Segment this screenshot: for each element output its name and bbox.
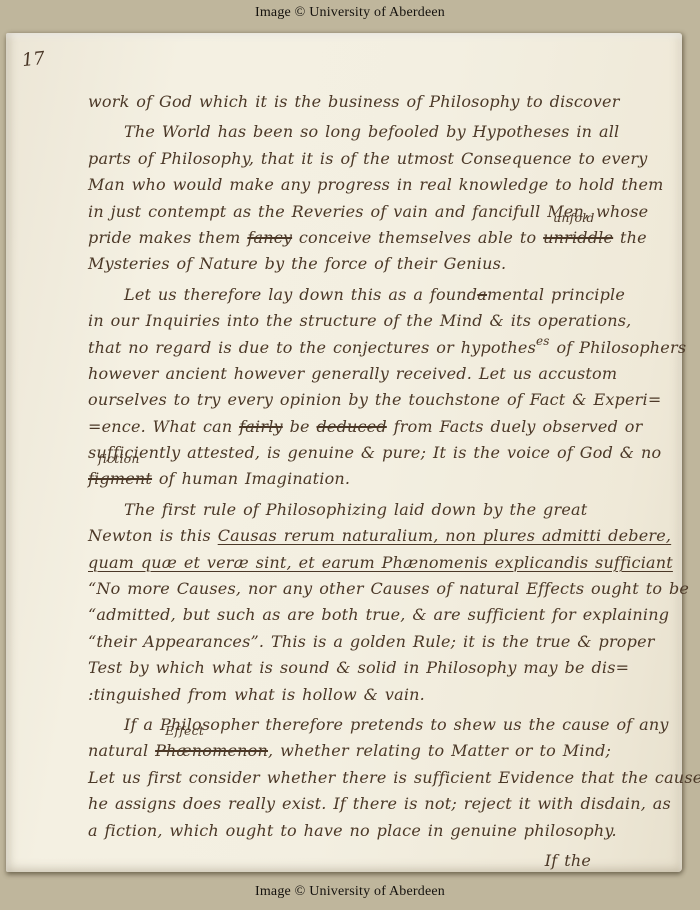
catchword: If the: [88, 848, 663, 874]
manuscript-line: Mysteries of Nature by the force of thei…: [88, 251, 663, 277]
text-segment: a fiction, which ought to have no place …: [88, 821, 617, 840]
text-segment: The World has been so long befooled by H…: [124, 122, 619, 141]
inserted-word: unfold: [553, 212, 594, 224]
manuscript-line: “their Appearances”. This is a golden Ru…: [88, 629, 663, 655]
text-segment: from Facts duely observed or: [387, 417, 643, 436]
text-segment: :tinguished from what is hollow & vain.: [88, 685, 425, 704]
page-number: 17: [21, 48, 46, 71]
corrected-word: EffectPhænomenon: [155, 738, 268, 764]
manuscript-text: work of God which it is the business of …: [88, 89, 663, 874]
manuscript-line: “No more Causes, nor any other Causes of…: [88, 576, 663, 602]
paragraph: If a Philosopher therefore pretends to s…: [88, 712, 663, 844]
text-segment: pride makes them: [88, 228, 247, 247]
text-segment: , whether relating to Matter or to Mind;: [268, 741, 611, 760]
paragraph: The World has been so long befooled by H…: [88, 119, 663, 277]
inserted-letters: es: [536, 334, 550, 348]
paragraph: The first rule of Philosophizing laid do…: [88, 497, 663, 708]
text-segment: of human Imagination.: [152, 469, 350, 488]
manuscript-line: ourselves to try every opinion by the to…: [88, 387, 663, 413]
text-segment: “their Appearances”. This is a golden Ru…: [88, 632, 655, 651]
struck-word: a: [477, 285, 487, 304]
copyright-caption-top: Image © University of Aberdeen: [0, 5, 700, 21]
text-segment: ourselves to try every opinion by the to…: [88, 390, 661, 409]
inserted-word: fiction: [98, 453, 140, 465]
manuscript-line: The first rule of Philosophizing laid do…: [88, 497, 663, 523]
underlined-latin: quam quæ et veræ sint, et earum Phænomen…: [88, 553, 673, 572]
copyright-caption-bottom: Image © University of Aberdeen: [0, 884, 700, 900]
text-segment: Let us therefore lay down this as a foun…: [124, 285, 477, 304]
manuscript-line: pride makes them fancy conceive themselv…: [88, 225, 663, 251]
text-segment: Newton is this: [88, 526, 218, 545]
text-segment: he assigns does really exist. If there i…: [88, 794, 671, 813]
manuscript-line: quam quæ et veræ sint, et earum Phænomen…: [88, 550, 663, 576]
text-segment: Man who would make any progress in real …: [88, 175, 664, 194]
manuscript-line: however ancient however generally receiv…: [88, 361, 663, 387]
manuscript-line: parts of Philosophy, that it is of the u…: [88, 146, 663, 172]
manuscript-line: =ence. What can fairly be deduced from F…: [88, 414, 663, 440]
text-segment: of Philosophers: [550, 338, 687, 357]
underlined-latin: Causas rerum naturalium, non plures admi…: [218, 526, 671, 545]
paragraph: work of God which it is the business of …: [88, 89, 663, 115]
text-segment: “No more Causes, nor any other Causes of…: [88, 579, 689, 598]
struck-word: fairly: [239, 417, 283, 436]
text-segment: natural: [88, 741, 155, 760]
text-segment: Let us first consider whether there is s…: [88, 768, 700, 787]
text-segment: conceive themselves able to: [292, 228, 543, 247]
text-segment: If a Philosopher therefore pretends to s…: [124, 715, 669, 734]
manuscript-line: in our Inquiries into the structure of t…: [88, 308, 663, 334]
text-segment: =ence. What can: [88, 417, 239, 436]
struck-word: deduced: [316, 417, 386, 436]
text-segment: Test by which what is sound & solid in P…: [88, 658, 629, 677]
manuscript-line: The World has been so long befooled by H…: [88, 119, 663, 145]
manuscript-line: that no regard is due to the conjectures…: [88, 335, 663, 361]
manuscript-line: work of God which it is the business of …: [88, 89, 663, 115]
text-segment: Mysteries of Nature by the force of thei…: [88, 254, 506, 273]
manuscript-line: Let us first consider whether there is s…: [88, 765, 663, 791]
text-segment: work of God which it is the business of …: [88, 92, 620, 111]
manuscript-line: fictionfigment of human Imagination.: [88, 466, 663, 492]
manuscript-line: a fiction, which ought to have no place …: [88, 818, 663, 844]
text-segment: mental principle: [487, 285, 625, 304]
text-segment: however ancient however generally receiv…: [88, 364, 617, 383]
corrected-word: fictionfigment: [88, 466, 152, 492]
corrected-word: unfoldunriddle: [543, 225, 613, 251]
struck-word: figment: [88, 469, 152, 488]
manuscript-line: Newton is this Causas rerum naturalium, …: [88, 523, 663, 549]
manuscript-line: “admitted, but such as are both true, & …: [88, 602, 663, 628]
text-segment: be: [283, 417, 317, 436]
struck-word: Phænomenon: [155, 741, 268, 760]
manuscript-line: natural EffectPhænomenon, whether relati…: [88, 738, 663, 764]
text-segment: “admitted, but such as are both true, & …: [88, 605, 669, 624]
manuscript-line: sufficiently attested, is genuine & pure…: [88, 440, 663, 466]
text-segment: sufficiently attested, is genuine & pure…: [88, 443, 661, 462]
text-segment: The first rule of Philosophizing laid do…: [124, 500, 587, 519]
struck-word: unriddle: [543, 228, 613, 247]
text-segment: the: [613, 228, 647, 247]
text-segment: in our Inquiries into the structure of t…: [88, 311, 631, 330]
struck-word: fancy: [247, 228, 292, 247]
manuscript-line: he assigns does really exist. If there i…: [88, 791, 663, 817]
text-segment: parts of Philosophy, that it is of the u…: [88, 149, 647, 168]
paragraph: Let us therefore lay down this as a foun…: [88, 282, 663, 493]
inserted-word: Effect: [165, 725, 204, 737]
manuscript-line: :tinguished from what is hollow & vain.: [88, 682, 663, 708]
manuscript-line: Test by which what is sound & solid in P…: [88, 655, 663, 681]
manuscript-line: Man who would make any progress in real …: [88, 172, 663, 198]
manuscript-page: 17 work of God which it is the business …: [6, 33, 682, 872]
text-segment: that no regard is due to the conjectures…: [88, 338, 536, 357]
manuscript-line: Let us therefore lay down this as a foun…: [88, 282, 663, 308]
